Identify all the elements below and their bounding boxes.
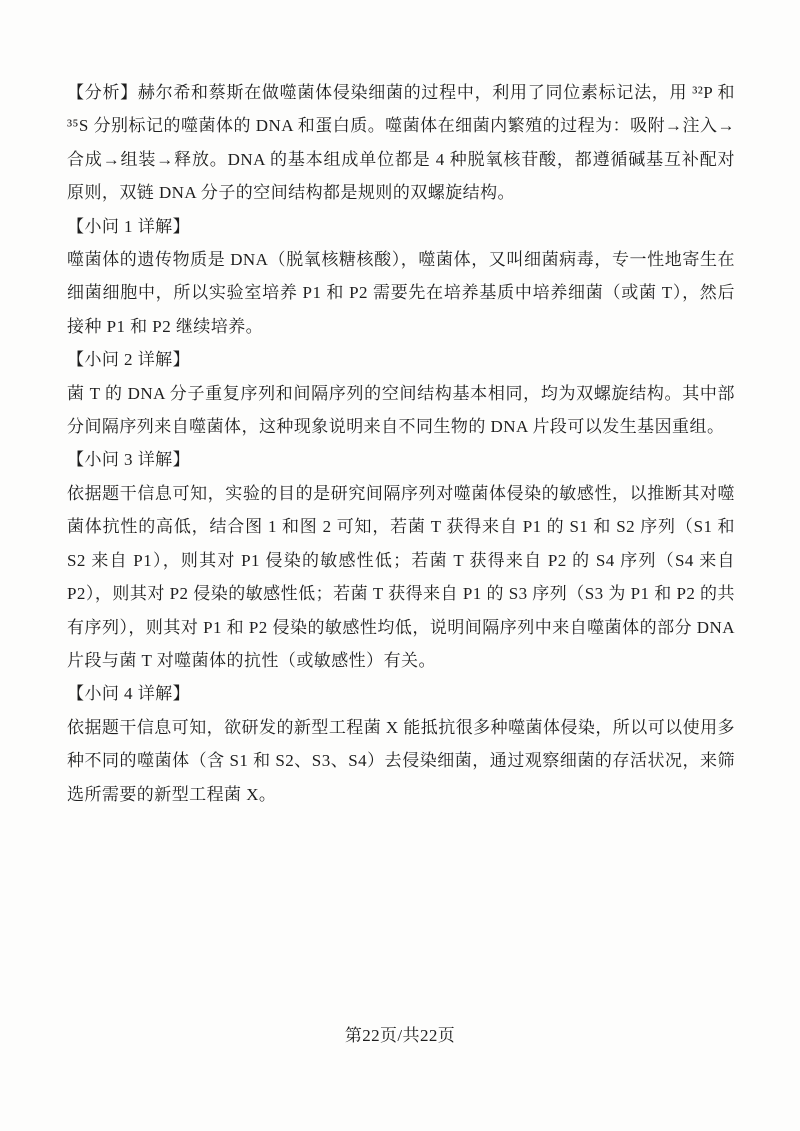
scanned-document-page: 【分析】赫尔希和蔡斯在做噬菌体侵染细菌的过程中，利用了同位素标记法，用 ³²P … [0,0,800,1131]
answer-explanation-body: 【分析】赫尔希和蔡斯在做噬菌体侵染细菌的过程中，利用了同位素标记法，用 ³²P … [67,76,735,811]
sub-question-1-paragraph: 噬菌体的遗传物质是 DNA（脱氧核糖核酸），噬菌体，又叫细菌病毒，专一性地寄生在… [67,243,735,343]
sub-question-2-paragraph: 菌 T 的 DNA 分子重复序列和间隔序列的空间结构基本相同，均为双螺旋结构。其… [67,377,735,444]
sub-question-3-paragraph: 依据题干信息可知，实验的目的是研究间隔序列对噬菌体侵染的敏感性，以推断其对噬菌体… [67,477,735,677]
page-number-footer: 第22页/共22页 [0,1024,800,1048]
sub-question-2-heading: 【小问 2 详解】 [67,343,735,376]
sub-question-3-heading: 【小问 3 详解】 [67,443,735,476]
sub-question-4-heading: 【小问 4 详解】 [67,677,735,710]
sub-question-4-paragraph: 依据题干信息可知，欲研发的新型工程菌 X 能抵抗很多种噬菌体侵染，所以可以使用多… [67,711,735,811]
sub-question-1-heading: 【小问 1 详解】 [67,210,735,243]
analysis-paragraph: 【分析】赫尔希和蔡斯在做噬菌体侵染细菌的过程中，利用了同位素标记法，用 ³²P … [67,76,735,210]
